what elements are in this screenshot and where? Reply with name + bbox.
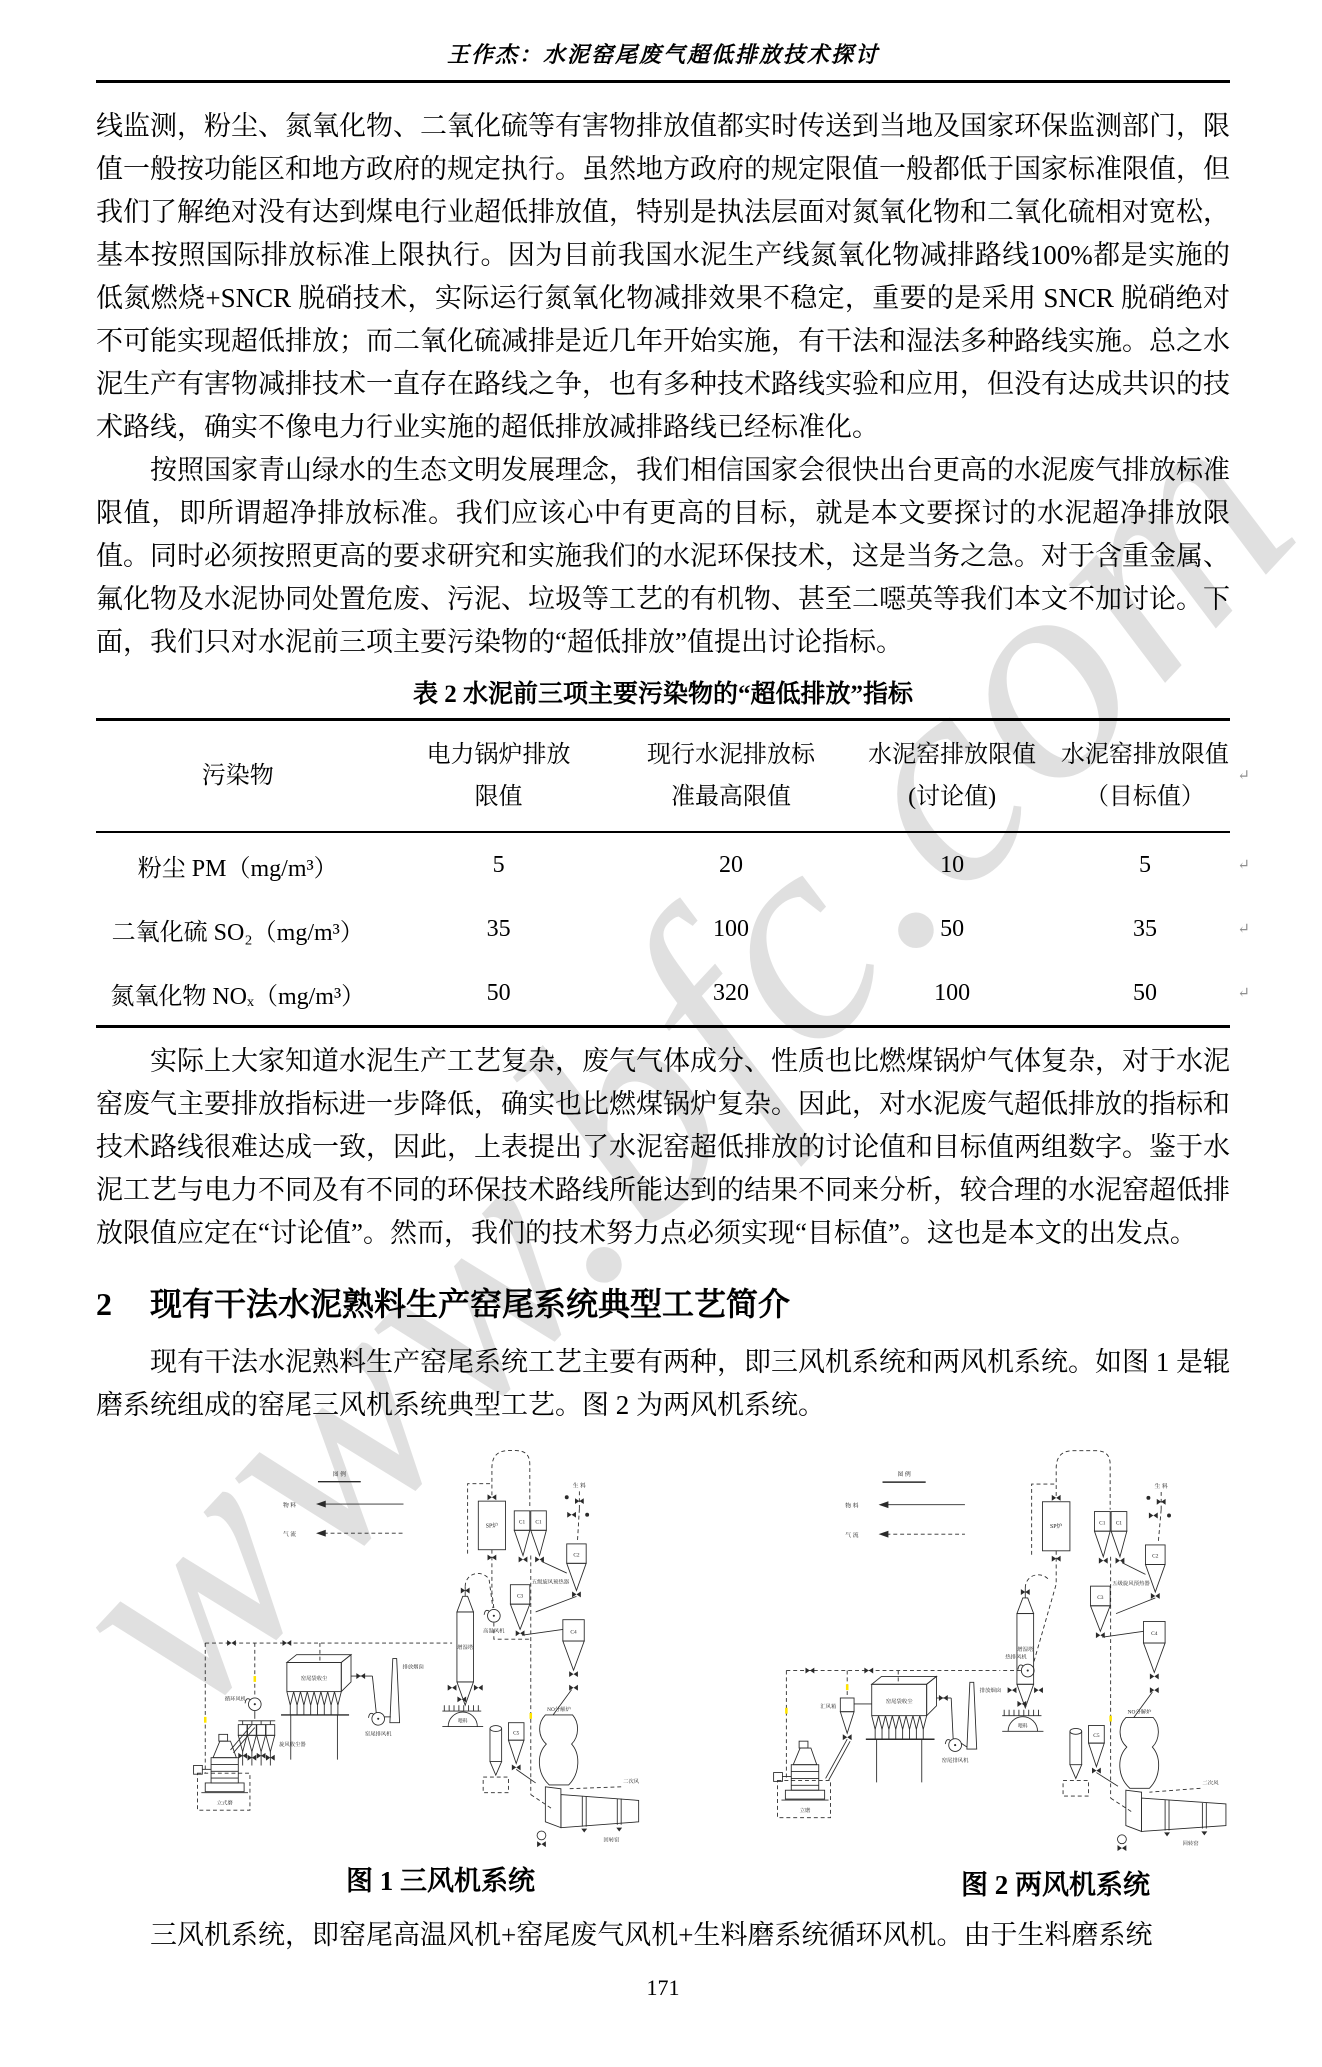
paragraph-mark-icon: ↵ xyxy=(1237,856,1250,875)
row-so2-v3-text: 35 xyxy=(1133,916,1157,942)
stack-label: 排放烟囱 xyxy=(980,1686,1002,1694)
baghouse-label: 窑尾袋收尘 xyxy=(886,1697,913,1705)
figure2-legend: 图 例 物 料 气 流 xyxy=(845,1470,965,1539)
circulation-fan-label: 循环风机 xyxy=(225,1694,247,1702)
kiln-label: 回转窑 xyxy=(603,1835,620,1843)
calciner-label: NO分解炉 xyxy=(1128,1708,1153,1716)
vertical-mill: 立式磨 xyxy=(194,1725,255,1811)
humidifier-label: 增湿塔 xyxy=(1017,1645,1034,1653)
row-nox-v1: 320 xyxy=(618,961,845,1027)
section-2-heading: 2现有干法水泥熟料生产窑尾系统典型工艺简介 xyxy=(96,1279,1230,1325)
feed-label: 喂料 xyxy=(458,1718,468,1725)
stack-label: 排放烟囱 xyxy=(403,1662,424,1670)
c2-label: C2 xyxy=(573,1553,580,1559)
legend-material-label: 物 料 xyxy=(283,1501,296,1509)
figure1-legend: 图 例 物 料 气 流 xyxy=(283,1470,403,1538)
humidifier-tower: 增湿塔 xyxy=(1008,1575,1050,1708)
legend-title: 图 例 xyxy=(333,1470,346,1478)
section-2-title: 现有干法水泥熟料生产窑尾系统典型工艺简介 xyxy=(150,1286,790,1322)
paragraph-mark-icon: ↵ xyxy=(1237,984,1250,1003)
c4-label: C4 xyxy=(570,1629,577,1635)
air-box-label: 汇风箱 xyxy=(820,1702,837,1710)
table-2-ultra-low-emission: 污染物 电力锅炉排放 限值 现行水泥排放标 准最高限值 水泥窑排放限值 (讨论值… xyxy=(96,718,1230,1028)
col-header-target-value: 水泥窑排放限值 （目标值）↵ xyxy=(1060,720,1230,833)
cyclone-collector-group: 循环风机 旋风收尘器 xyxy=(225,1694,307,1765)
figure-2: 图 例 物 料 气 流 生 料 xyxy=(641,1437,1230,1902)
raw-meal-label: 生 料 xyxy=(1155,1482,1168,1490)
paragraph-mark-icon: ↵ xyxy=(1237,755,1250,797)
row-pm-v3: 5↵ xyxy=(1060,832,1230,897)
cyclone-collector-label: 旋风收尘器 xyxy=(279,1740,306,1748)
raw-meal-feed: 生 料 xyxy=(565,1482,589,1542)
paragraph-1: 线监测，粉尘、氮氧化物、二氧化硫等有害物排放值都实时传送到当地及国家环保监测部门… xyxy=(96,105,1230,449)
roller-mill: 立磨 xyxy=(774,1741,831,1818)
c2-label: C2 xyxy=(1152,1554,1159,1560)
row-nox-v0: 50 xyxy=(380,961,618,1027)
calciner: NO分解炉 xyxy=(1120,1708,1159,1789)
c5-label: C5 xyxy=(1093,1733,1100,1739)
figures-row: 图 例 物 料 气 流 生 料 xyxy=(96,1437,1230,1902)
row-nox-v3-text: 50 xyxy=(1133,980,1157,1006)
humidifier-label: 增湿塔 xyxy=(457,1643,474,1651)
legend-gas-label: 气 流 xyxy=(845,1531,858,1539)
preheater-label: 五级旋风预热器 xyxy=(532,1578,570,1586)
calciner-label: NO分解炉 xyxy=(547,1705,571,1713)
five-stage-preheater: C1 C1 C2 五级旋风预热器 C3 xyxy=(1089,1512,1166,1812)
paper-page: www.bfc.com 王作杰：水泥窑尾废气超低排放技术探讨 线监测，粉尘、氮氧… xyxy=(0,0,1322,2067)
exhaust-fan-stack: 窑尾排风机 排放烟囱 xyxy=(936,1682,1001,1763)
sp-furnace-label: SP炉 xyxy=(1050,1522,1063,1530)
secondary-air-label: 二次风 xyxy=(1202,1778,1219,1786)
secondary-air-label: 二次风 xyxy=(623,1777,640,1785)
header-rule xyxy=(96,80,1230,83)
row-so2-v1: 100 xyxy=(618,897,845,961)
col-header-discussion-value: 水泥窑排放限值 (讨论值) xyxy=(844,720,1059,833)
feed-label: 喂料 xyxy=(1018,1722,1028,1729)
feed-dome: 喂料 xyxy=(442,1696,483,1726)
row-so2-v2: 50 xyxy=(844,897,1059,961)
raw-meal-label: 生 料 xyxy=(573,1482,586,1490)
row-pm-v0: 5 xyxy=(380,832,618,897)
col-header-current-standard: 现行水泥排放标 准最高限值 xyxy=(618,720,845,833)
exhaust-fan-label: 窑尾排风机 xyxy=(365,1729,392,1737)
downcomer-vessel xyxy=(483,1726,508,1793)
legend-gas-label: 气 流 xyxy=(283,1530,296,1538)
paragraph-2: 按照国家青山绿水的生态文明发展理念，我们相信国家会很快出台更高的水泥废气排放标准… xyxy=(96,449,1230,664)
c4-label: C4 xyxy=(1151,1631,1158,1637)
humidifier-tower: 增湿塔 xyxy=(448,1573,493,1705)
five-stage-preheater: C1 C1 C2 五级旋风预热器 C3 xyxy=(508,1511,586,1808)
running-header: 王作杰：水泥窑尾废气超低排放技术探讨 xyxy=(96,38,1230,69)
exhaust-fan-label: 窑尾排风机 xyxy=(942,1756,969,1764)
row-nox-v2: 100 xyxy=(844,961,1059,1027)
baghouse-label: 窑尾袋收尘 xyxy=(301,1674,328,1682)
c3-label: C3 xyxy=(1097,1595,1104,1601)
col-header-power-boiler: 电力锅炉排放 限值 xyxy=(380,720,618,833)
exhaust-fan-stack: 窑尾排风机 排放烟囱 xyxy=(351,1659,424,1738)
hot-fan-label: 热排风机 xyxy=(1005,1653,1027,1661)
section-2-number: 2 xyxy=(96,1286,112,1322)
mill-label: 立磨 xyxy=(800,1806,811,1814)
mill-label: 立式磨 xyxy=(217,1798,234,1806)
calciner: NO分解炉 xyxy=(539,1705,577,1785)
kiln-label: 回转窑 xyxy=(1183,1839,1200,1847)
table-header-row: 污染物 电力锅炉排放 限值 现行水泥排放标 准最高限值 水泥窑排放限值 (讨论值… xyxy=(96,720,1230,833)
baghouse: 窑尾袋收尘 xyxy=(866,1676,937,1782)
col-header-pollutant: 污染物 xyxy=(96,720,380,833)
rotary-kiln: 回转窑 二次风 xyxy=(1118,1778,1226,1851)
row-nox-v3: 50↵ xyxy=(1060,961,1230,1027)
figure-2-caption: 图 2 两风机系统 xyxy=(761,1863,1322,1902)
c1-label: C1 xyxy=(1099,1520,1106,1526)
feed-dome: 喂料 xyxy=(1002,1701,1043,1731)
figure-1: 图 例 物 料 气 流 生 料 xyxy=(96,1437,641,1898)
paragraph-5: 三风机系统，即窑尾高温风机+窑尾废气风机+生料磨系统循环风机。由于生料磨系统 xyxy=(96,1914,1230,1957)
row-pm-v1: 20 xyxy=(618,832,845,897)
c3-label: C3 xyxy=(517,1593,524,1599)
table-caption: 表 2 水泥前三项主要污染物的“超低排放”指标 xyxy=(96,674,1230,710)
c1-label: C1 xyxy=(1116,1520,1123,1526)
c1-label: C1 xyxy=(519,1519,526,1525)
legend-title: 图 例 xyxy=(897,1470,910,1478)
c5-label: C5 xyxy=(513,1730,520,1736)
col-header-target-value-text: 水泥窑排放限值 （目标值） xyxy=(1061,742,1229,810)
legend-material-label: 物 料 xyxy=(845,1502,858,1510)
figure2-diagram: 图 例 物 料 气 流 生 料 xyxy=(641,1437,1230,1854)
table-row: 粉尘 PM（mg/m³） 5 20 10 5↵ xyxy=(96,832,1230,897)
page-number: 171 xyxy=(96,1975,1230,2001)
paragraph-4: 现有干法水泥熟料生产窑尾系统工艺主要有两种，即三风机系统和两风机系统。如图 1 … xyxy=(96,1341,1230,1427)
row-pm-v3-text: 5 xyxy=(1139,852,1151,878)
page-content: 王作杰：水泥窑尾废气超低排放技术探讨 线监测，粉尘、氮氧化物、二氧化硫等有害物排… xyxy=(96,0,1230,2001)
table-row: 二氧化硫 SO₂（mg/m³） 35 100 50 35↵ xyxy=(96,897,1230,961)
air-mixing-box: 汇风箱 xyxy=(820,1698,871,1780)
raw-meal-feed: 生 料 xyxy=(1146,1482,1171,1543)
figure-1-caption: 图 1 三风机系统 xyxy=(168,1859,713,1898)
row-nox-label: 氮氧化物 NOₓ（mg/m³） xyxy=(96,961,380,1027)
sp-furnace-label: SP炉 xyxy=(486,1521,498,1529)
c1-label: C1 xyxy=(535,1519,542,1525)
paragraph-mark-icon: ↵ xyxy=(1237,920,1250,939)
row-pm-label: 粉尘 PM（mg/m³） xyxy=(96,832,380,897)
duct-network xyxy=(204,1640,452,1773)
paragraph-3: 实际上大家知道水泥生产工艺复杂，废气气体成分、性质也比燃煤锅炉气体复杂，对于水泥… xyxy=(96,1040,1230,1255)
row-so2-label: 二氧化硫 SO₂（mg/m³） xyxy=(96,897,380,961)
row-so2-v0: 35 xyxy=(380,897,618,961)
row-so2-v3: 35↵ xyxy=(1060,897,1230,961)
table-row: 氮氧化物 NOₓ（mg/m³） 50 320 100 50↵ xyxy=(96,961,1230,1027)
downcomer-vessel xyxy=(1063,1728,1089,1796)
row-pm-v2: 10 xyxy=(844,832,1059,897)
rotary-kiln: 回转窑 二次风 xyxy=(537,1777,640,1847)
figure1-diagram: 图 例 物 料 气 流 生 料 xyxy=(96,1437,641,1850)
sp-furnace-loop: SP炉 xyxy=(1032,1451,1110,1663)
preheater-label: 五级旋风预热器 xyxy=(1112,1579,1150,1587)
